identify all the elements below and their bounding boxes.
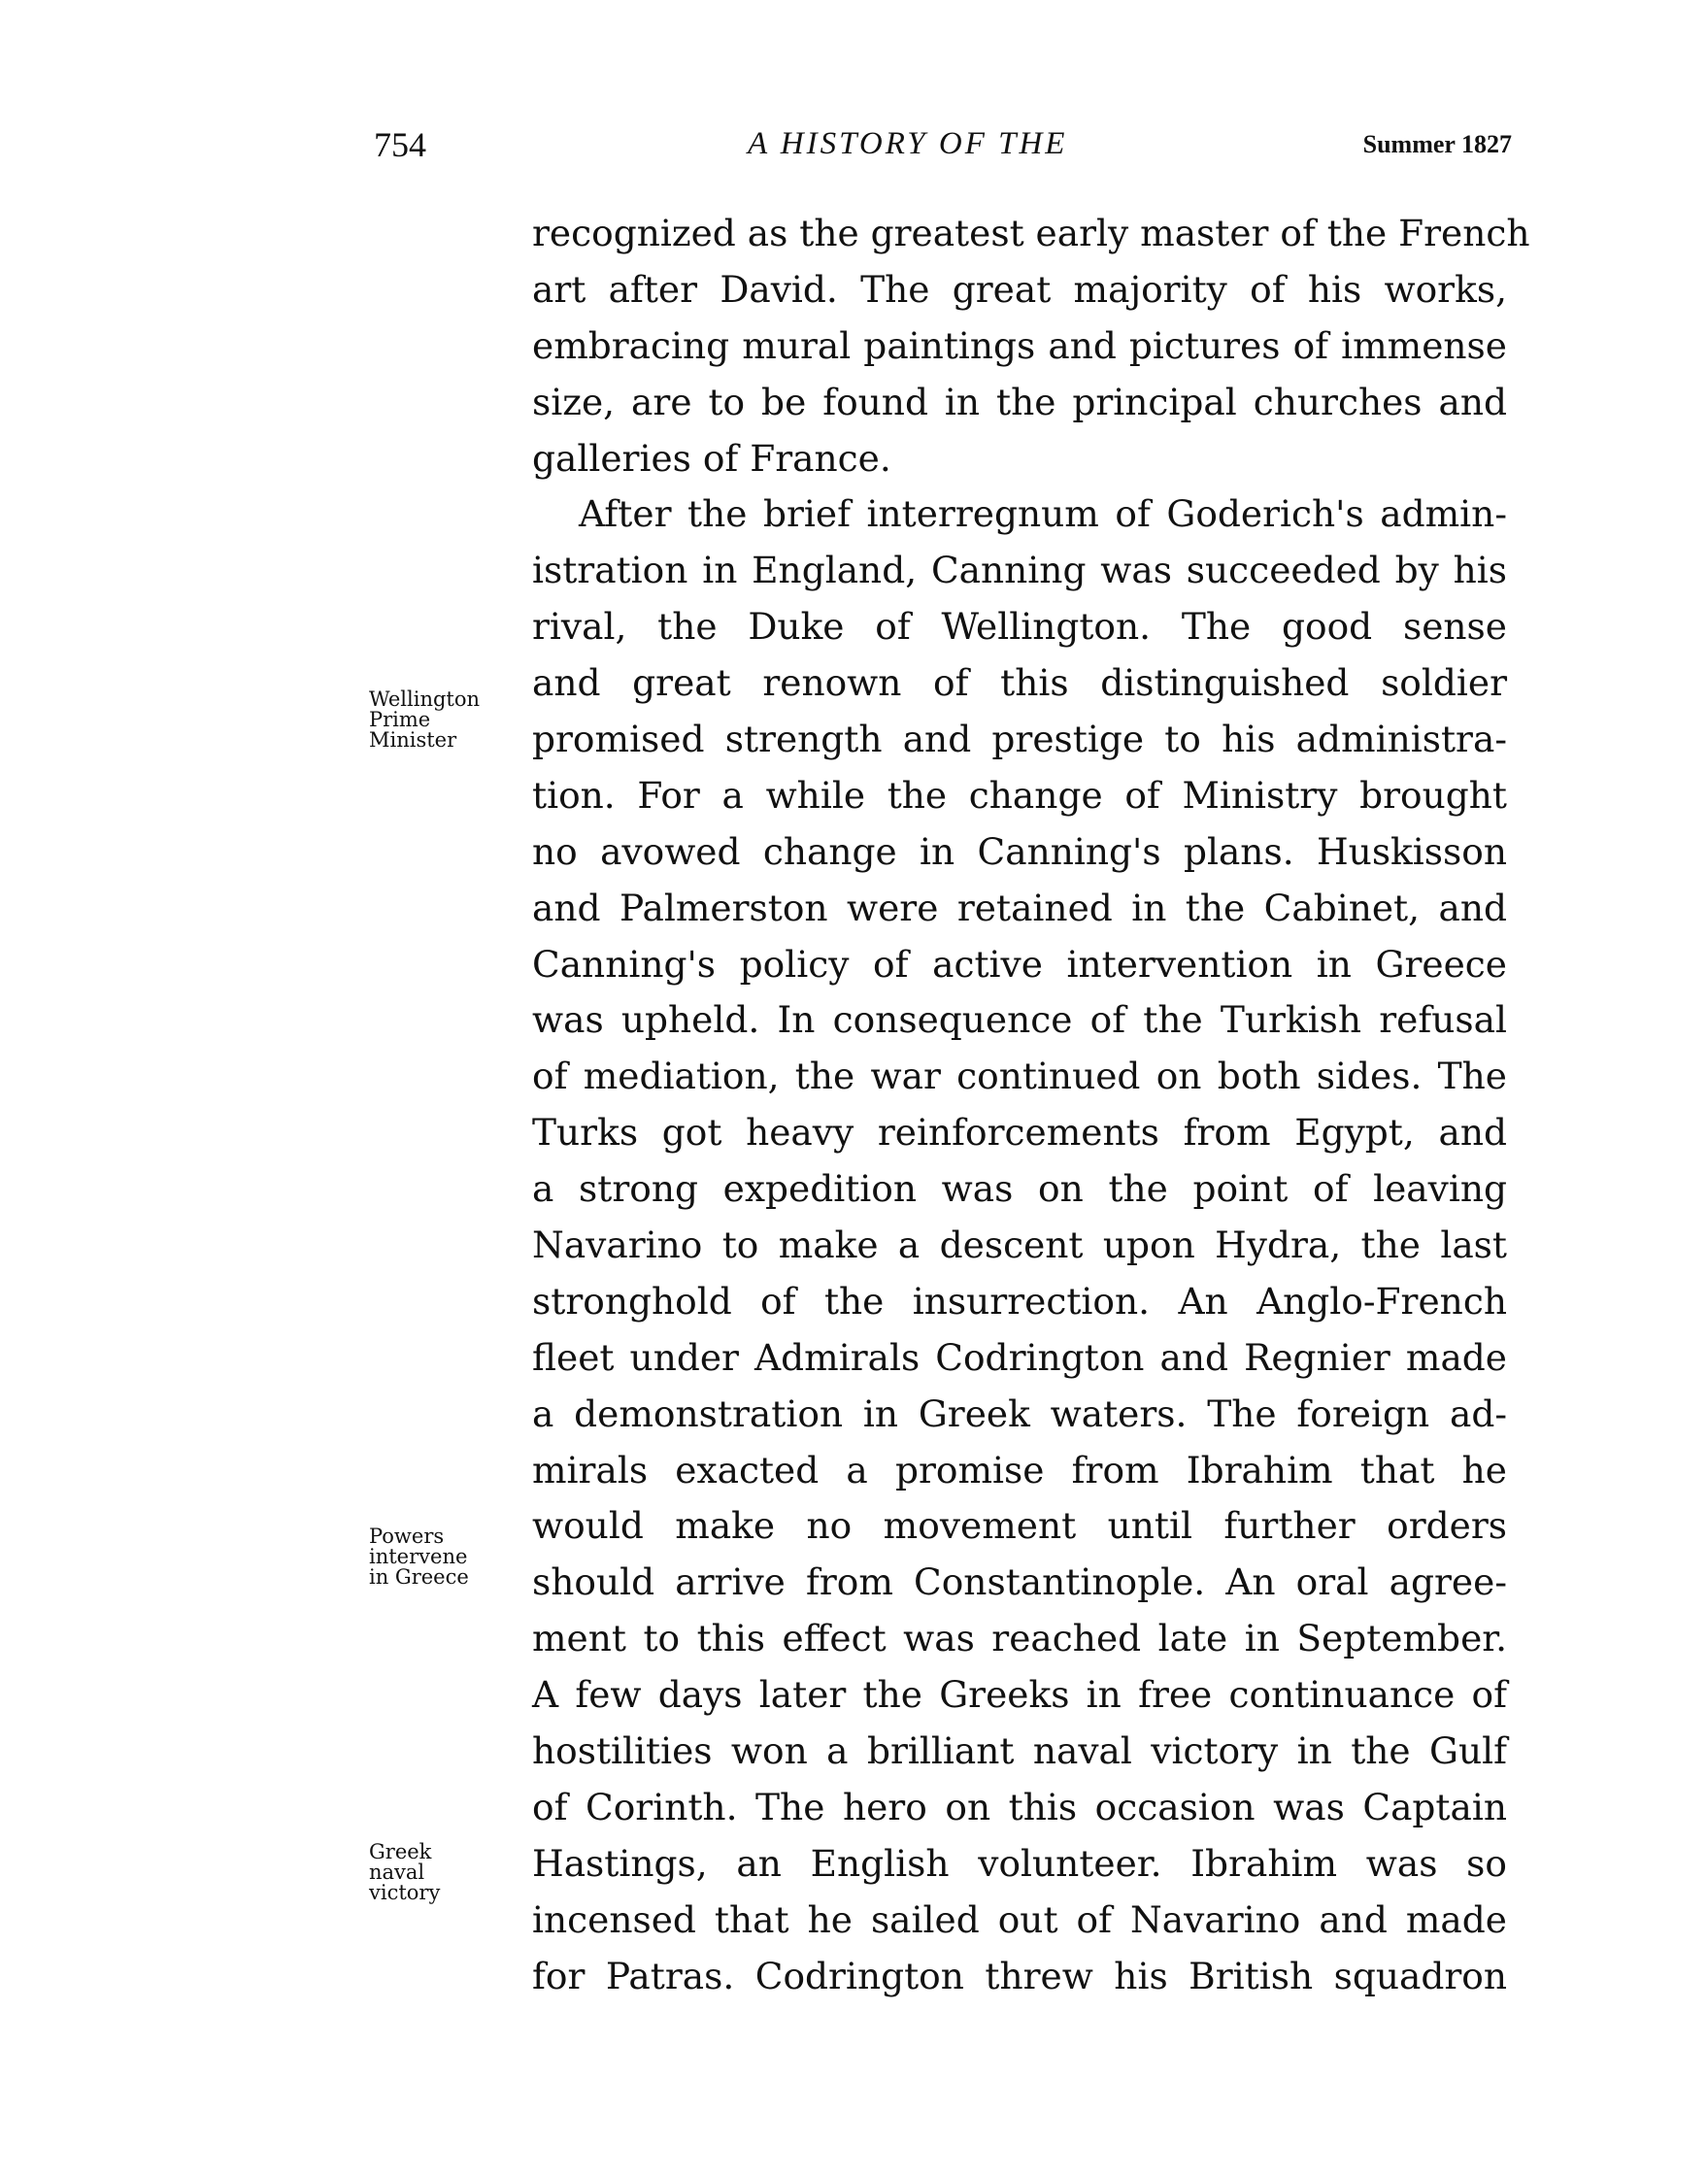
- page-number: 754: [374, 124, 426, 165]
- margin-note-line: victory: [369, 1883, 440, 1903]
- text-line: art after David. The great majority of h…: [532, 262, 1507, 318]
- page-header: 754 A HISTORY OF THE Summer 1827: [0, 124, 1708, 167]
- text-line: Turks got heavy reinforcements from Egyp…: [532, 1105, 1507, 1161]
- text-line: Hastings, an English volunteer. Ibrahim …: [532, 1836, 1507, 1893]
- text-line: would make no movement until further ord…: [532, 1498, 1507, 1555]
- text-line: recognized as the greatest early master …: [532, 206, 1507, 262]
- text-line: tion. For a while the change of Ministry…: [532, 768, 1507, 824]
- text-line: galleries of France.: [532, 431, 1507, 487]
- text-line: of Corinth. The hero on this occasion wa…: [532, 1780, 1507, 1836]
- margin-note-line: Powers: [369, 1526, 469, 1547]
- margin-note-line: Wellington: [369, 689, 480, 710]
- book-page: 754 A HISTORY OF THE Summer 1827 recogni…: [0, 0, 1708, 2179]
- text-line: rival, the Duke of Wellington. The good …: [532, 599, 1507, 655]
- text-line: embracing mural paintings and pictures o…: [532, 318, 1507, 375]
- text-line: istration in England, Canning was succee…: [532, 543, 1507, 599]
- margin-note-line: in Greece: [369, 1567, 469, 1588]
- text-line: and great renown of this distinguished s…: [532, 655, 1507, 712]
- margin-note-line: naval: [369, 1862, 440, 1883]
- text-line: Navarino to make a descent upon Hydra, t…: [532, 1218, 1507, 1274]
- text-line: A few days later the Greeks in free cont…: [532, 1667, 1507, 1724]
- running-date: Summer 1827: [1363, 130, 1512, 159]
- text-line: incensed that he sailed out of Navarino …: [532, 1893, 1507, 1949]
- body-text: recognized as the greatest early master …: [532, 206, 1507, 2005]
- margin-note-line: intervene: [369, 1547, 469, 1567]
- text-line: no avowed change in Canning's plans. Hus…: [532, 824, 1507, 881]
- text-line: and Palmerston were retained in the Cabi…: [532, 881, 1507, 937]
- text-line: size, are to be found in the principal c…: [532, 375, 1507, 431]
- text-line: mirals exacted a promise from Ibrahim th…: [532, 1443, 1507, 1499]
- text-line: a strong expedition was on the point of …: [532, 1161, 1507, 1218]
- text-line: for Patras. Codrington threw his British…: [532, 1949, 1507, 2005]
- margin-note-powers: Powers intervene in Greece: [369, 1526, 469, 1588]
- text-line: ment to this effect was reached late in …: [532, 1611, 1507, 1667]
- running-title: A HISTORY OF THE: [748, 126, 1067, 162]
- margin-note-line: Minister: [369, 730, 480, 751]
- margin-note-line: Prime: [369, 710, 480, 730]
- margin-note-wellington: Wellington Prime Minister: [369, 689, 480, 751]
- text-line: Canning's policy of active intervention …: [532, 937, 1507, 993]
- text-line: should arrive from Constantinople. An or…: [532, 1555, 1507, 1611]
- text-line: was upheld. In consequence of the Turkis…: [532, 992, 1507, 1049]
- text-line: hostilities won a brilliant naval victor…: [532, 1724, 1507, 1780]
- text-line: stronghold of the insurrection. An Anglo…: [532, 1274, 1507, 1330]
- text-line: fleet under Admirals Codrington and Regn…: [532, 1330, 1507, 1387]
- text-line: promised strength and prestige to his ad…: [532, 712, 1507, 768]
- margin-note-greek-victory: Greek naval victory: [369, 1842, 440, 1903]
- text-line: After the brief interregnum of Goderich'…: [532, 486, 1507, 543]
- text-line: of mediation, the war continued on both …: [532, 1049, 1507, 1105]
- text-line: a demonstration in Greek waters. The for…: [532, 1387, 1507, 1443]
- margin-note-line: Greek: [369, 1842, 440, 1862]
